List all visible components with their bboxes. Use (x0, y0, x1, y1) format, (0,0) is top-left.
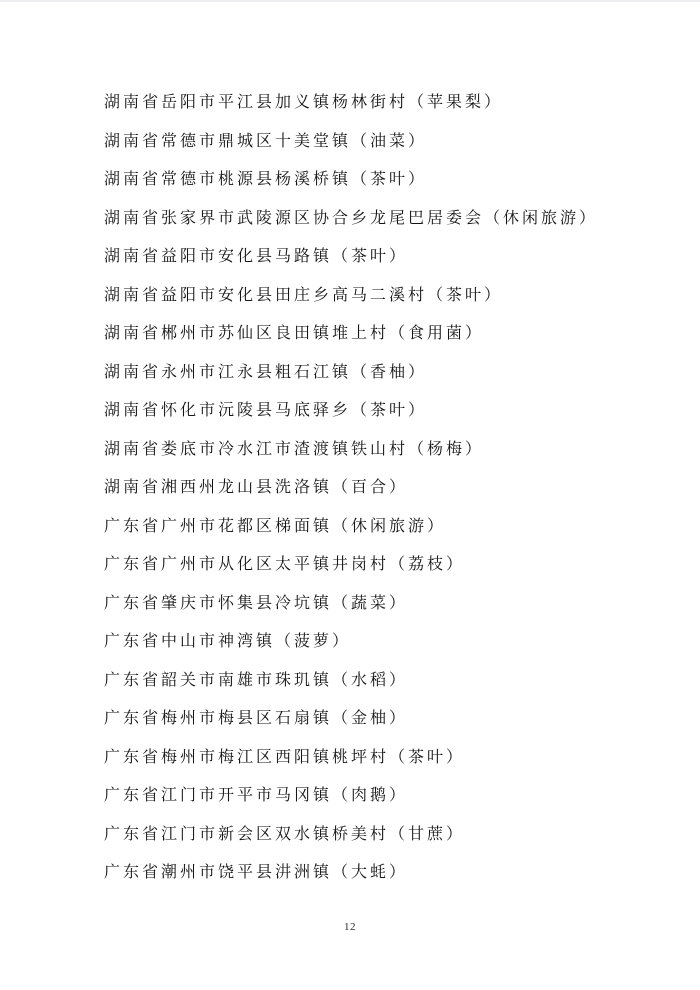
list-item: 广东省梅州市梅江区西阳镇桃坪村（茶叶） (104, 739, 680, 778)
list-item: 广东省梅州市梅县区石扇镇（金柚） (104, 700, 680, 739)
list-item: 湖南省常德市鼎城区十美堂镇（油菜） (104, 123, 680, 162)
list-item: 湖南省永州市江永县粗石江镇（香柚） (104, 354, 680, 393)
list-item: 广东省广州市从化区太平镇井岗村（荔枝） (104, 546, 680, 585)
list-item: 广东省肇庆市怀集县冷坑镇（蔬菜） (104, 585, 680, 624)
list-item: 湖南省湘西州龙山县洗洛镇（百合） (104, 469, 680, 508)
list-item: 湖南省娄底市冷水江市渣渡镇铁山村（杨梅） (104, 431, 680, 470)
list-item: 广东省江门市开平市马冈镇（肉鹅） (104, 777, 680, 816)
list-item: 广东省中山市神湾镇（菠萝） (104, 623, 680, 662)
list-item: 湖南省怀化市沅陵县马底驿乡（茶叶） (104, 392, 680, 431)
list-item: 广东省江门市新会区双水镇桥美村（甘蔗） (104, 816, 680, 855)
page-number: 12 (344, 921, 356, 933)
list-item: 广东省广州市花都区梯面镇（休闲旅游） (104, 508, 680, 547)
list-item: 广东省潮州市饶平县汫洲镇（大蚝） (104, 854, 680, 893)
list-item: 广东省韶关市南雄市珠玑镇（水稻） (104, 662, 680, 701)
page-footer: 12 (0, 917, 700, 935)
list-item: 湖南省郴州市苏仙区良田镇堆上村（食用菌） (104, 315, 680, 354)
document-page: 湖南省岳阳市平江县加义镇杨林街村（苹果梨）湖南省常德市鼎城区十美堂镇（油菜）湖南… (0, 0, 700, 990)
list-item: 湖南省岳阳市平江县加义镇杨林街村（苹果梨） (104, 84, 680, 123)
list-item: 湖南省益阳市安化县田庄乡高马二溪村（茶叶） (104, 277, 680, 316)
list-item: 湖南省益阳市安化县马路镇（茶叶） (104, 238, 680, 277)
list-item: 湖南省张家界市武陵源区协合乡龙尾巴居委会（休闲旅游） (104, 200, 680, 239)
list-item: 湖南省常德市桃源县杨溪桥镇（茶叶） (104, 161, 680, 200)
location-list: 湖南省岳阳市平江县加义镇杨林街村（苹果梨）湖南省常德市鼎城区十美堂镇（油菜）湖南… (104, 84, 680, 893)
